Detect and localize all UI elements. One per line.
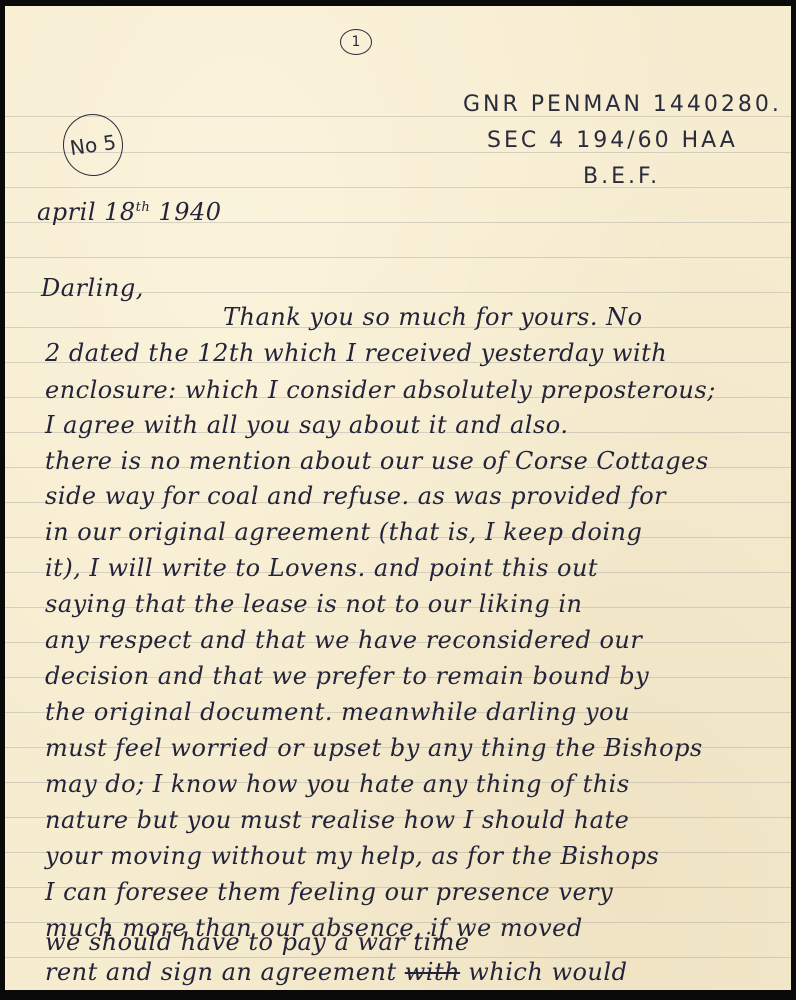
body-line: your moving without my help, as for the … [45, 842, 659, 870]
body-line: it), I will write to Lovens. and point t… [45, 554, 598, 582]
body-line: Thank you so much for yours. No [223, 303, 643, 331]
date-year: 1940 [158, 198, 221, 226]
ruled-line [5, 187, 791, 188]
body-line: I agree with all you say about it and al… [45, 411, 568, 439]
salutation: Darling, [41, 274, 144, 302]
last-line-after: which would [468, 958, 627, 986]
body-line: I can foresee them feeling our presence … [45, 878, 613, 906]
ruled-line [5, 257, 791, 258]
letter-page: 1 No 5 GNR PENMAN 1440280. SEC 4 194/60 … [5, 6, 791, 990]
body-line: nature but you must realise how I should… [45, 806, 629, 834]
letter-date: april 18th 1940 [37, 198, 222, 226]
letter-number: No 5 [59, 110, 127, 180]
body-line: 2 dated the 12th which I received yester… [45, 339, 667, 367]
body-line: may do; I know how you hate any thing of… [45, 770, 630, 798]
body-line: must feel worried or upset by any thing … [45, 734, 703, 762]
body-line: the original document. meanwhile darling… [45, 698, 630, 726]
date-day: april 18 [37, 198, 136, 226]
body-line: enclosure: which I consider absolutely p… [45, 376, 716, 404]
sender-unit-line: SEC 4 194/60 HAA [487, 128, 738, 153]
body-line: we should have to pay a war time [45, 928, 470, 956]
body-line: in our original agreement (that is, I ke… [45, 518, 642, 546]
letter-number-text: No 5 [68, 130, 117, 160]
body-line-last: rent and sign an agreement with which wo… [45, 958, 627, 986]
body-line: side way for coal and refuse. as was pro… [45, 482, 666, 510]
sender-force-line: B.E.F. [583, 164, 660, 189]
page-number: 1 [340, 29, 372, 55]
body-line: saying that the lease is not to our liki… [45, 590, 582, 618]
last-line-before: rent and sign an agreement [45, 958, 397, 986]
body-line: there is no mention about our use of Cor… [45, 447, 709, 475]
body-line: decision and that we prefer to remain bo… [45, 662, 649, 690]
date-suffix: th [136, 200, 151, 215]
sender-name-line: GNR PENMAN 1440280. [463, 92, 782, 117]
page-number-text: 1 [352, 34, 361, 50]
body-line: any respect and that we have reconsidere… [45, 626, 642, 654]
struck-word: with [405, 958, 460, 986]
